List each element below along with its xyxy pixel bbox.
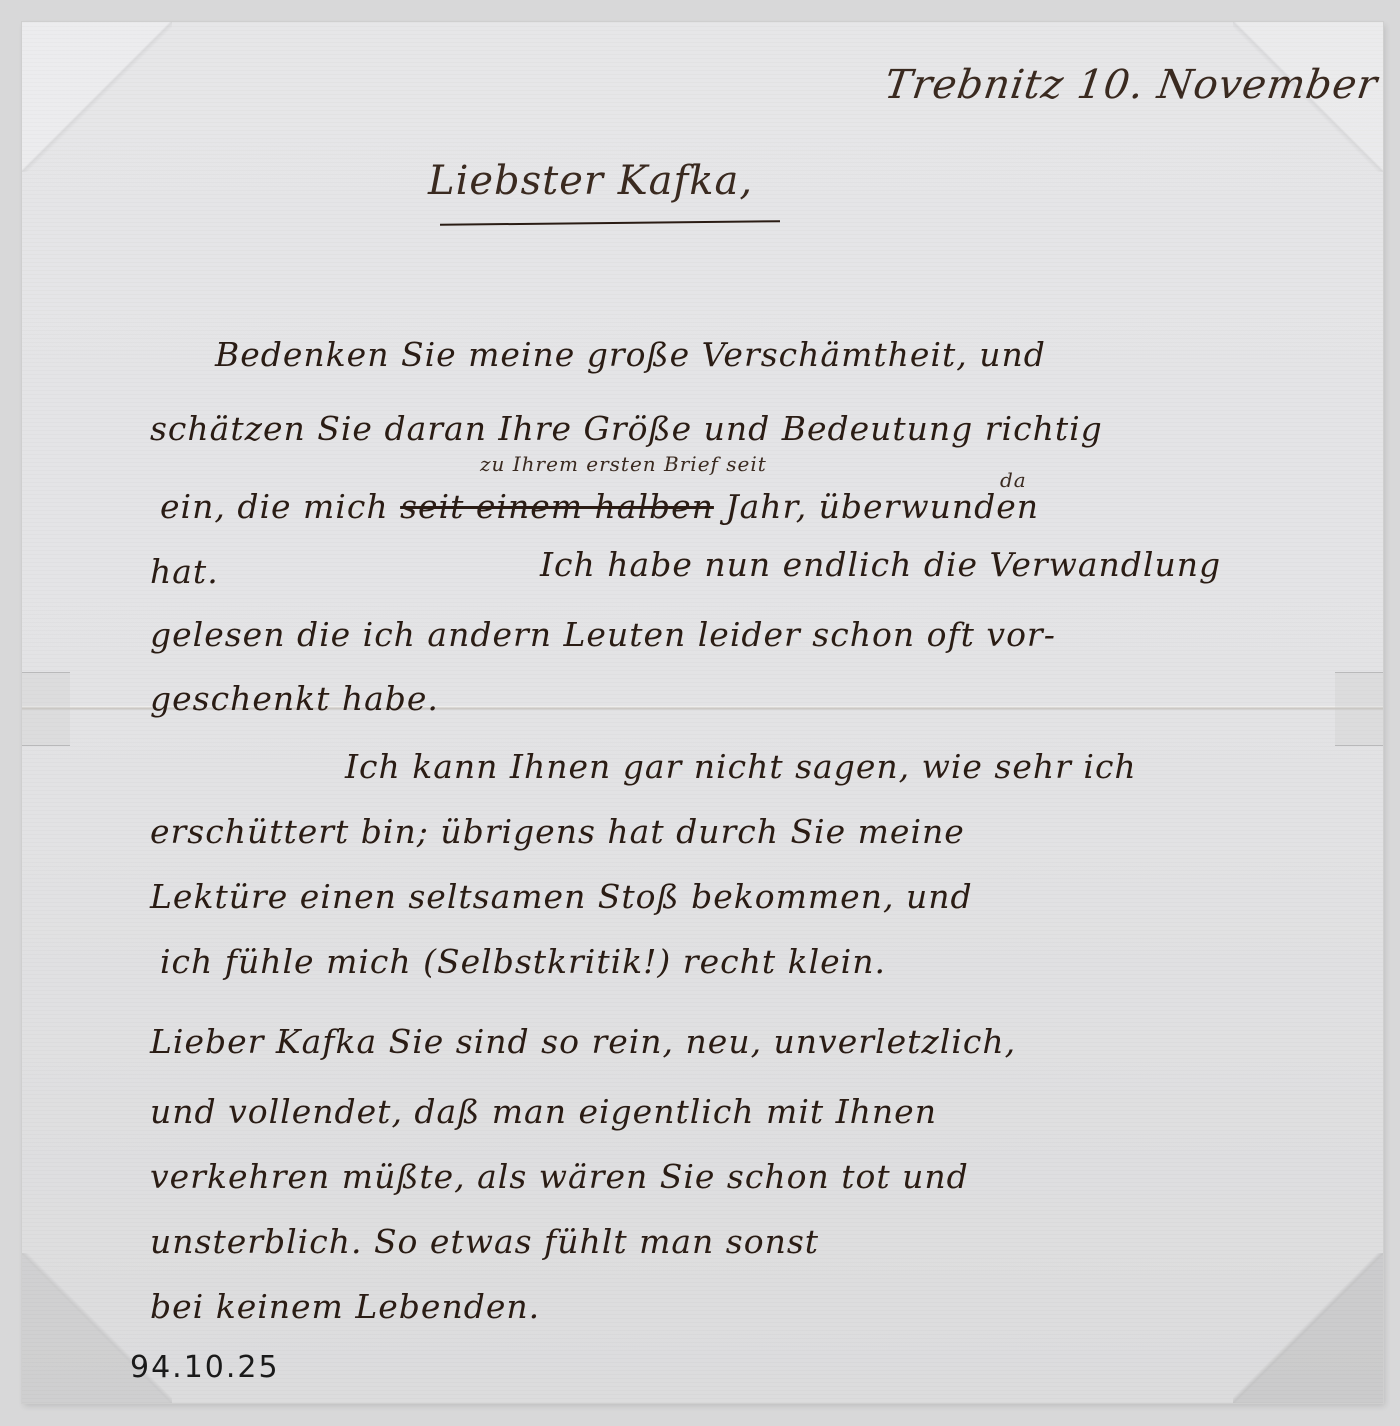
- salutation: Liebster Kafka,: [428, 158, 753, 204]
- letter-line: bei keinem Lebenden.: [150, 1290, 540, 1323]
- letter-line: unsterblich. So etwas fühlt man sonst: [150, 1225, 819, 1258]
- letter-line: schätzen Sie daran Ihre Größe und Bedeut…: [150, 412, 1103, 445]
- corner-mount-top-left: [22, 22, 172, 172]
- interlinear-insertion: zu Ihrem ersten Brief seit: [480, 452, 767, 476]
- letter-line: Lektüre einen seltsamen Stoß bekommen, u…: [150, 880, 973, 913]
- letter-line: erschüttert bin; übrigens hat durch Sie …: [150, 815, 965, 848]
- letter-line: Lieber Kafka Sie sind so rein, neu, unve…: [150, 1025, 1016, 1058]
- letter-line: geschenkt habe.: [150, 682, 439, 715]
- letter-line-text: ein, die mich seit einem halben Jahr, üb…: [160, 487, 1039, 526]
- letter-line: gelesen die ich andern Leuten leider sch…: [150, 618, 1056, 651]
- letter-line-with-strikethrough: ein, die mich seit einem halben Jahr, üb…: [160, 490, 1039, 523]
- letter-line: und vollendet, daß man eigentlich mit Ih…: [150, 1095, 937, 1128]
- letter-line: verkehren müßte, als wären Sie schon tot…: [150, 1160, 969, 1193]
- struck-through-text: seit einem halben: [400, 487, 714, 526]
- letter-line: hat.: [150, 555, 219, 588]
- letter-line: Bedenken Sie meine große Verschämtheit, …: [215, 338, 1046, 371]
- tape-strip-right: [1335, 672, 1383, 746]
- tape-strip-left: [22, 672, 70, 746]
- place-date: Trebnitz 10. November: [882, 62, 1381, 108]
- archive-number: 94.10.25: [130, 1350, 280, 1385]
- letter-line: ich fühle mich (Selbstkritik!) recht kle…: [160, 945, 886, 978]
- letter-line: Ich kann Ihnen gar nicht sagen, wie sehr…: [345, 750, 1137, 783]
- corner-mount-bottom-right: [1233, 1253, 1383, 1403]
- letter-line: Ich habe nun endlich die Verwandlung: [540, 548, 1221, 581]
